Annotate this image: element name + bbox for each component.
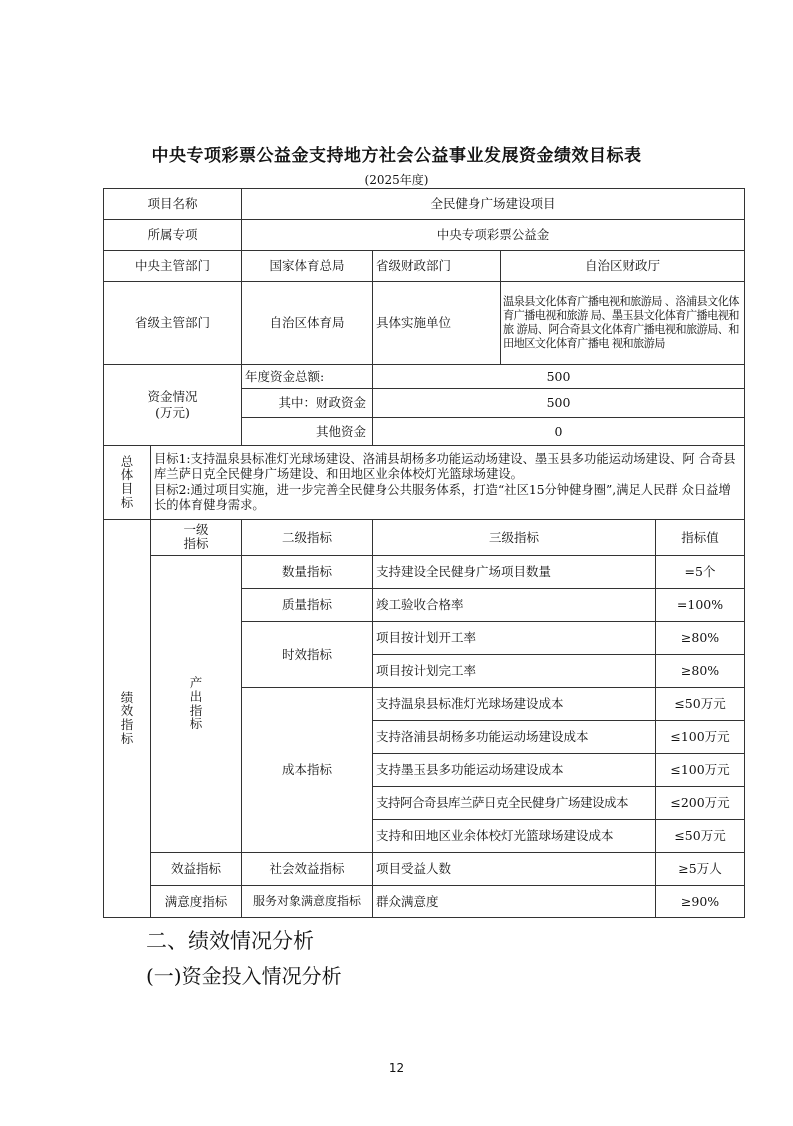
performance-label-text: 绩效指标 xyxy=(121,691,134,746)
quality-label: 质量指标 xyxy=(242,589,373,622)
cost-label: 成本指标 xyxy=(242,688,373,853)
special-value: 中央专项彩票公益金 xyxy=(242,220,745,251)
cost-item-3: 支持墨玉县多功能运动场建设成本 xyxy=(373,754,656,787)
benefit-level2: 社会效益指标 xyxy=(242,853,373,886)
cost-value-1: ≤50万元 xyxy=(656,688,745,721)
header-level2: 二级指标 xyxy=(242,520,373,556)
output-label: 产出指标 xyxy=(151,556,242,853)
timeliness-item-1: 项目按计划开工率 xyxy=(373,622,656,655)
header-value: 指标值 xyxy=(656,520,745,556)
timeliness-value-1: ≥80% xyxy=(656,622,745,655)
goal-2: 目标2:通过项目实施，进一步完善全民健身公共服务体系，打造“社区15分钟健身圈”… xyxy=(154,483,741,514)
prov-finance-value: 自治区财政厅 xyxy=(501,251,745,282)
goals-label-text: 总体目标 xyxy=(121,455,134,510)
header-level1: 一级指标 xyxy=(151,520,242,556)
funds-total-label: 年度资金总额: xyxy=(242,365,373,389)
benefit-level1: 效益指标 xyxy=(151,853,242,886)
cost-item-5: 支持和田地区业余体校灯光篮球场建设成本 xyxy=(373,820,656,853)
document-title: 中央专项彩票公益金支持地方社会公益事业发展资金绩效目标表 xyxy=(0,141,793,166)
section-heading-performance-analysis: 二、绩效情况分析 xyxy=(146,925,314,955)
row-funds-total: 资金情况 (万元) 年度资金总额: 500 xyxy=(104,365,745,389)
quality-item: 竣工验收合格率 xyxy=(373,589,656,622)
row-satisfaction: 满意度指标 服务对象满意度指标 群众满意度 ≥90% xyxy=(104,886,745,918)
header-level1-text: 一级指标 xyxy=(182,523,210,552)
funds-label: 资金情况 (万元) xyxy=(104,365,242,446)
cost-value-2: ≤100万元 xyxy=(656,721,745,754)
central-dept-value: 国家体育总局 xyxy=(242,251,373,282)
quantity-label: 数量指标 xyxy=(242,556,373,589)
impl-unit-label: 具体实施单位 xyxy=(373,282,501,365)
cost-value-5: ≤50万元 xyxy=(656,820,745,853)
document-year: (2025年度) xyxy=(0,171,793,188)
row-benefit: 效益指标 社会效益指标 项目受益人数 ≥5万人 xyxy=(104,853,745,886)
funds-other-label: 其他资金 xyxy=(242,418,373,446)
satisfaction-value: ≥90% xyxy=(656,886,745,918)
funds-fiscal-label: 其中：财政资金 xyxy=(242,389,373,418)
performance-label: 绩效指标 xyxy=(104,520,151,918)
page-number: 12 xyxy=(0,1061,793,1075)
row-goals: 总体目标 目标1:支持温泉县标准灯光球场建设、洛浦县胡杨多功能运动场建设、墨玉县… xyxy=(104,446,745,520)
row-central-dept: 中央主管部门 国家体育总局 省级财政部门 自治区财政厅 xyxy=(104,251,745,282)
cost-value-3: ≤100万元 xyxy=(656,754,745,787)
benefit-item: 项目受益人数 xyxy=(373,853,656,886)
prov-dept-value: 自治区体育局 xyxy=(242,282,373,365)
quantity-value: =5个 xyxy=(656,556,745,589)
row-prov-dept: 省级主管部门 自治区体育局 具体实施单位 温泉县文化体育广播电视和旅游局 、洛浦… xyxy=(104,282,745,365)
subsection-heading-funds-input: (一)资金投入情况分析 xyxy=(146,960,342,989)
prov-dept-label: 省级主管部门 xyxy=(104,282,242,365)
funds-other-value: 0 xyxy=(373,418,745,446)
row-project-name: 项目名称 全民健身广场建设项目 xyxy=(104,189,745,220)
row-quantity: 产出指标 数量指标 支持建设全民健身广场项目数量 =5个 xyxy=(104,556,745,589)
timeliness-label: 时效指标 xyxy=(242,622,373,688)
header-level3: 三级指标 xyxy=(373,520,656,556)
cost-item-4: 支持阿合奇县库兰萨日克全民健身广场建设成本 xyxy=(373,787,656,820)
satisfaction-level1: 满意度指标 xyxy=(151,886,242,918)
satisfaction-level2: 服务对象满意度指标 xyxy=(242,886,373,918)
funds-total-value: 500 xyxy=(373,365,745,389)
impl-unit-value: 温泉县文化体育广播电视和旅游局 、洛浦县文化体育广播电视和旅游 局、墨玉县文化体… xyxy=(501,282,745,365)
performance-target-table: 项目名称 全民健身广场建设项目 所属专项 中央专项彩票公益金 中央主管部门 国家… xyxy=(103,188,745,918)
quantity-item: 支持建设全民健身广场项目数量 xyxy=(373,556,656,589)
goals-label: 总体目标 xyxy=(104,446,151,520)
timeliness-item-2: 项目按计划完工率 xyxy=(373,655,656,688)
quality-value: =100% xyxy=(656,589,745,622)
funds-fiscal-value: 500 xyxy=(373,389,745,418)
timeliness-value-2: ≥80% xyxy=(656,655,745,688)
row-perf-header: 绩效指标 一级指标 二级指标 三级指标 指标值 xyxy=(104,520,745,556)
row-special: 所属专项 中央专项彩票公益金 xyxy=(104,220,745,251)
prov-finance-label: 省级财政部门 xyxy=(373,251,501,282)
output-label-text: 产出指标 xyxy=(190,676,203,731)
project-name-value: 全民健身广场建设项目 xyxy=(242,189,745,220)
funds-label-line2: (万元) xyxy=(107,405,238,421)
central-dept-label: 中央主管部门 xyxy=(104,251,242,282)
satisfaction-item: 群众满意度 xyxy=(373,886,656,918)
cost-item-1: 支持温泉县标准灯光球场建设成本 xyxy=(373,688,656,721)
goals-text: 目标1:支持温泉县标准灯光球场建设、洛浦县胡杨多功能运动场建设、墨玉县多功能运动… xyxy=(151,446,745,520)
project-name-label: 项目名称 xyxy=(104,189,242,220)
cost-item-2: 支持洛浦县胡杨多功能运动场建设成本 xyxy=(373,721,656,754)
funds-label-line1: 资金情况 xyxy=(107,389,238,405)
special-label: 所属专项 xyxy=(104,220,242,251)
goal-1: 目标1:支持温泉县标准灯光球场建设、洛浦县胡杨多功能运动场建设、墨玉县多功能运动… xyxy=(154,452,741,483)
cost-value-4: ≤200万元 xyxy=(656,787,745,820)
benefit-value: ≥5万人 xyxy=(656,853,745,886)
